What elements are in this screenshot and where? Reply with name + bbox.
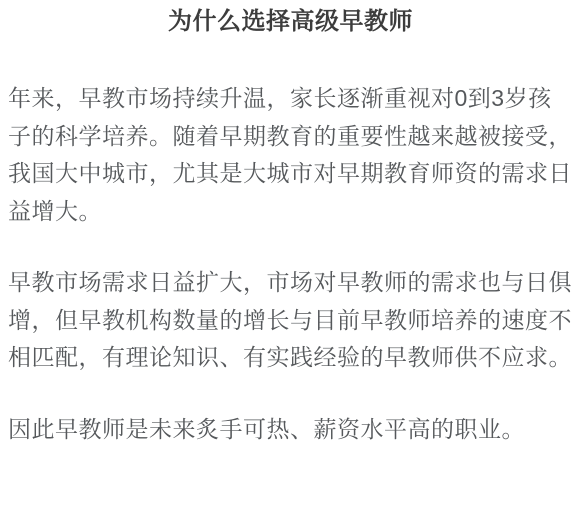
article-paragraph-3: 因此早教师是未来炙手可热、薪资水平高的职业。 <box>8 411 573 449</box>
article-page: 为什么选择高级早教师 年来，早教市场持续升温，家长逐渐重视对0到3岁孩子的科学培… <box>0 0 583 512</box>
article-paragraph-1: 年来，早教市场持续升温，家长逐渐重视对0到3岁孩子的科学培养。随着早期教育的重要… <box>8 80 573 230</box>
article-paragraph-2: 早教市场需求日益扩大，市场对早教师的需求也与日俱增，但早教机构数量的增长与目前早… <box>8 264 573 377</box>
article-title: 为什么选择高级早教师 <box>8 8 573 36</box>
